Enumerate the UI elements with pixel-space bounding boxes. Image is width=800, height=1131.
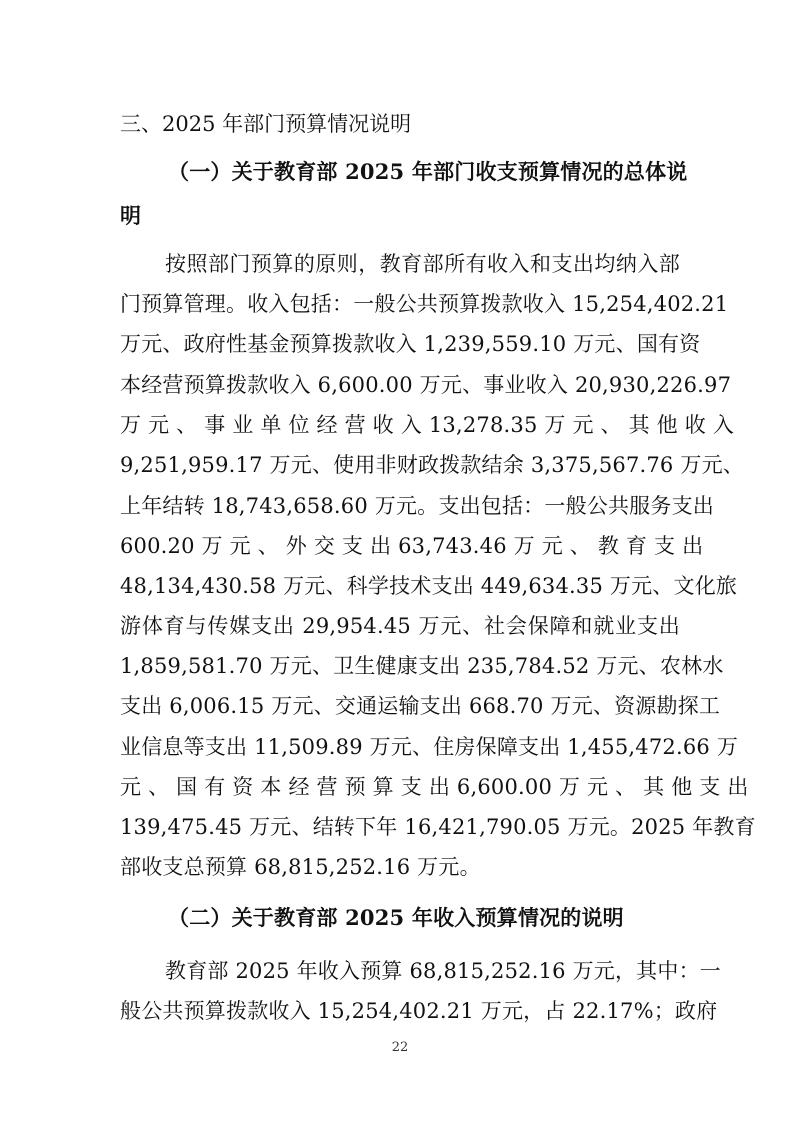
paragraph-1-line: 万 元 、 事 业 单 位 经 营 收 入 13,278.35 万 元 、 其 … <box>120 411 680 439</box>
subsection-1-title-line-2: 明 <box>120 202 680 230</box>
paragraph-1-line: 1,859,581.70 万元、卫生健康支出 235,784.52 万元、农林水 <box>120 652 680 680</box>
paragraph-1-line: 门预算管理。收入包括：一般公共预算拨款收入 15,254,402.21 <box>120 290 680 318</box>
subsection-2-title: （二）关于教育部 2025 年收入预算情况的说明 <box>168 904 680 932</box>
paragraph-1-line: 元 、 国 有 资 本 经 营 预 算 支 出 6,600.00 万 元 、 其… <box>120 773 680 801</box>
paragraph-1-line: 部收支总预算 68,815,252.16 万元。 <box>120 853 680 881</box>
paragraph-2-line: 教育部 2025 年收入预算 68,815,252.16 万元，其中：一 <box>165 957 680 985</box>
paragraph-1-line: 48,134,430.58 万元、科学技术支出 449,634.35 万元、文化… <box>120 572 680 600</box>
paragraph-1-line: 万元、政府性基金预算拨款收入 1,239,559.10 万元、国有资 <box>120 330 680 358</box>
paragraph-1-line: 9,251,959.17 万元、使用非财政拨款结余 3,375,567.76 万… <box>120 451 680 479</box>
paragraph-1-line: 按照部门预算的原则，教育部所有收入和支出均纳入部 <box>165 250 680 278</box>
paragraph-1-line: 本经营预算拨款收入 6,600.00 万元、事业收入 20,930,226.97 <box>120 371 680 399</box>
paragraph-1-line: 600.20 万 元 、 外 交 支 出 63,743.46 万 元 、 教 育… <box>120 532 680 560</box>
paragraph-1-line: 上年结转 18,743,658.60 万元。支出包括：一般公共服务支出 <box>120 492 680 520</box>
page-number: 22 <box>0 1040 800 1055</box>
paragraph-1-line: 业信息等支出 11,509.89 万元、住房保障支出 1,455,472.66 … <box>120 733 680 761</box>
paragraph-1-line: 139,475.45 万元、结转下年 16,421,790.05 万元。2025… <box>120 813 680 841</box>
paragraph-2-line: 般公共预算拨款收入 15,254,402.21 万元，占 22.17%；政府 <box>120 997 680 1025</box>
document-page: 三、2025 年部门预算情况说明 （一）关于教育部 2025 年部门收支预算情况… <box>0 0 800 1131</box>
section-heading: 三、2025 年部门预算情况说明 <box>120 110 411 138</box>
subsection-1-title-line-1: （一）关于教育部 2025 年部门收支预算情况的总体说 <box>168 158 680 186</box>
paragraph-1-line: 支出 6,006.15 万元、交通运输支出 668.70 万元、资源勘探工 <box>120 692 680 720</box>
paragraph-1-line: 游体育与传媒支出 29,954.45 万元、社会保障和就业支出 <box>120 612 680 640</box>
